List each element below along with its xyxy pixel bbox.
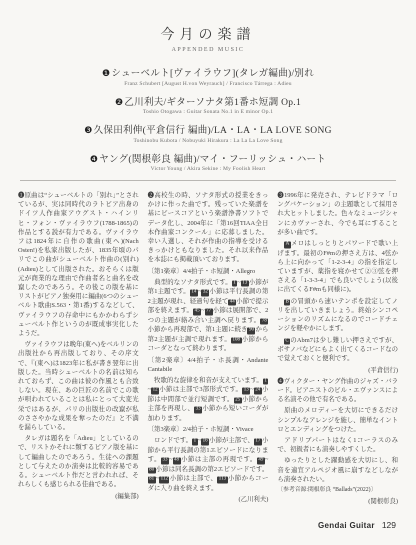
paragraph: ❹ヴィクター・ヤング作曲のジャズ・バラード。ピアニストのビル・エヴァンスによる名… <box>277 377 398 405</box>
header-divider <box>20 180 396 181</box>
paragraph: ❸1996年に発売され、テレビドラマ「ロングバケーション」の主題歌として採用され… <box>277 191 398 237</box>
measure-number-box: 13 <box>242 388 250 395</box>
measure-number-box: 17 <box>254 439 262 446</box>
measure-number-box: 1 <box>263 378 269 385</box>
measure-number-box: 1 <box>232 280 238 287</box>
number-3-icon: ❸ <box>84 125 92 136</box>
author-credit: (関根彰良) <box>277 497 398 506</box>
measure-number-box: 12 <box>151 388 159 395</box>
paragraph: Bの冒頭から速いテンポを設定してノリを出していきましょう。終始シンコペーションの… <box>277 297 398 334</box>
measure-number-box: 16 <box>201 439 209 446</box>
number-4-icon: ❹ <box>90 154 98 165</box>
track-entry-3: ❸久保田利伸(平倉信行 編曲)/LA・LA・LA LOVE SONG Toshi… <box>18 122 398 144</box>
measure-number-box: 24 <box>254 388 262 395</box>
track-title-text: 乙川利夫/ギターソナタ第1番ホ短調 Op.1 <box>124 98 301 108</box>
measure-number-box: 49 <box>257 458 265 465</box>
magazine-name: Gendai Guitar <box>318 521 375 530</box>
measure-number-box: 108 <box>231 337 242 344</box>
page-title: 今月の楽譜 <box>18 24 398 44</box>
measure-number-box: C <box>284 338 290 345</box>
paragraph: Aメロはしっとりとパワードで歌い上げます。最初のF#mの押さえ方は、4弦から上に… <box>277 239 398 295</box>
author-credit: (編集部) <box>18 492 139 501</box>
measure-number-box: 90 <box>247 328 255 335</box>
track-title: ❶シューベルト[ヴァイラウフ](タレガ編曲)/別れ <box>18 65 398 79</box>
track-title: ❷乙川利夫/ギターソナタ第1番ホ短調 Op.1 <box>18 94 398 108</box>
paragraph: ロンドです。1~16小節が主部で、17小節から平行長調の第1エピソードになります… <box>148 436 269 492</box>
measure-number-box: 33 <box>161 458 169 465</box>
measure-number-box: 1 <box>192 439 198 446</box>
measure-number-box: 45 <box>193 309 201 316</box>
track-list: ❶シューベルト[ヴァイラウフ](タレガ編曲)/別れ Franz Schubert… <box>18 65 398 172</box>
measure-number-box: B <box>284 299 290 306</box>
measure-number-box: 81 <box>148 477 156 484</box>
author-credit: (平倉信行) <box>277 366 398 375</box>
measure-number-box: 13 <box>241 280 249 287</box>
movement-heading: 〔第2楽章〕4/4拍子・ホ長調・Andante Cantabile <box>148 356 269 374</box>
track-entry-4: ❹ヤング(関根彰良 編曲)/マイ・フーリッシュ・ハート Victor Young… <box>18 151 398 173</box>
magazine-page: 今月の楽譜 APPENDED MUSIC ❶シューベルト[ヴァイラウフ](タレガ… <box>0 0 416 545</box>
paragraph: 原曲のメロディーを大切にできるだけシンプルなアレンジを施し、簡単なイントロとエン… <box>277 406 398 434</box>
track-entry-2: ❷乙川利夫/ギターソナタ第1番ホ短調 Op.1 Toshio Otogawa :… <box>18 94 398 116</box>
page-footer: Gendai Guitar129 <box>318 515 396 533</box>
measure-number-box: 78 <box>260 318 268 325</box>
page-subtitle: APPENDED MUSIC <box>18 47 398 53</box>
track-credit: Franz Schubert [August H.von Weyrauch] /… <box>18 81 398 87</box>
track-title: ❸久保田利伸(平倉信行 編曲)/LA・LA・LA LOVE SONG <box>18 122 398 136</box>
paragraph: 典型的なソナタ形式です。1~13小節が第1主題です。14~32小節は平行長調の第… <box>148 278 269 354</box>
movement-heading: 〔第3楽章〕2/4拍子・ホ短調・Vivace <box>148 425 269 434</box>
author-credit: (乙川利夫) <box>148 495 269 504</box>
measure-number-box: 77 <box>205 309 213 316</box>
track-title-text: 久保田利伸(平倉信行 編曲)/LA・LA・LA LOVE SONG <box>94 126 332 136</box>
paragraph: タレガは題名を「Adieu」としているので、リストかそれに類するピアノ版を基にし… <box>18 434 139 489</box>
number-1-icon: ❶ <box>102 68 110 79</box>
column-2: ❷高校生の時、ソナタ形式の授業をきっかけに作った曲です。残っていた楽譜を基にピー… <box>148 191 269 506</box>
paragraph: ゆったりとした躍動感を大切にし、和音を適宜アルペジオ風に崩すなどしながら演奏され… <box>277 456 398 484</box>
paragraph: ヴァイラウフは晩年(東へ)をベルリンの出版社から再出版しており、その序文で、『(… <box>18 340 139 432</box>
page-number: 129 <box>382 520 396 530</box>
column-3: ❸1996年に発売され、テレビドラマ「ロングバケーション」の主題歌として採用され… <box>277 191 398 508</box>
measure-number-box: 48 <box>173 458 181 465</box>
measure-number-box: A <box>284 242 291 249</box>
paragraph: 牧歌的な旋律を和音が支えています。1~12小節は主部で3部形式です。13~24小… <box>148 376 269 423</box>
measure-number-box: 44 <box>228 299 236 306</box>
article-columns: ❶原曲は“シューベルトの「別れ」”とされているが、実は同時代のラトビア出身のドイ… <box>18 191 398 508</box>
movement-heading: 〔第1楽章〕4/4拍子・ホ短調・Allegro <box>148 267 269 276</box>
measure-number-box: 113 <box>217 477 227 484</box>
track-entry-1: ❶シューベルト[ヴァイラウフ](タレガ編曲)/別れ Franz Schubert… <box>18 65 398 87</box>
measure-number-box: 80 <box>148 467 156 474</box>
paragraph: CのAbm7は少し難しい押さえですが、ボサノバなどにもよく出てくるコードなので覚… <box>277 336 398 364</box>
measure-number-box: 33 <box>194 407 202 414</box>
measure-number-box: 14 <box>190 290 198 297</box>
measure-number-box: 32 <box>201 290 209 297</box>
paragraph: ❷高校生の時、ソナタ形式の授業をきっかけに作った曲です。残っていた楽譜を基にピー… <box>148 191 269 265</box>
measure-number-box: 25 <box>234 397 242 404</box>
track-credit: Toshio Otogawa : Guitar Sonata No.1 in E… <box>18 109 398 115</box>
track-credit: Toshinobu Kubota / Nobuyuki Hirakura : L… <box>18 138 398 144</box>
paragraph: アドリブパートはなく1コーラスのみで、初級者にも演奏しやすくした。 <box>277 436 398 454</box>
track-title-text: ヤング(関根彰良 編曲)/マイ・フーリッシュ・ハート <box>99 155 326 165</box>
paragraph: ❶原曲は“シューベルトの「別れ」”とされているが、実は同時代のラトビア出身のドイ… <box>18 191 139 338</box>
measure-number-box: 112 <box>159 477 169 484</box>
track-credit: Victor Young / Akira Sekine : My Foolish… <box>18 166 398 172</box>
reference-note: 〔参考音源:関根彰良 “Ballads”(2022)〕 <box>277 486 398 495</box>
number-2-icon: ❷ <box>115 97 123 108</box>
track-title-text: シューベルト[ヴァイラウフ](タレガ編曲)/別れ <box>111 69 314 79</box>
track-title: ❹ヤング(関根彰良 編曲)/マイ・フーリッシュ・ハート <box>18 151 398 165</box>
column-1: ❶原曲は“シューベルトの「別れ」”とされているが、実は同時代のラトビア出身のドイ… <box>18 191 139 503</box>
